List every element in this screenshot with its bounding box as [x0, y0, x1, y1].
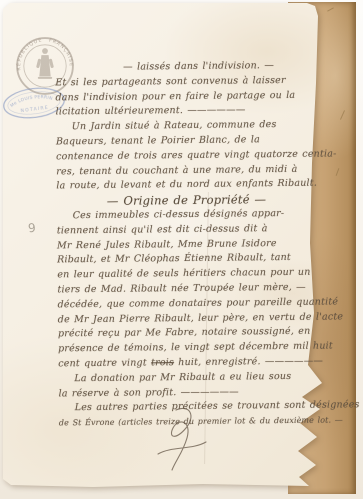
notary-stamp-title: NOTAIRE — [20, 105, 49, 114]
seal-figure-icon — [36, 48, 54, 79]
margin-pencil-mark: 9 — [27, 221, 36, 236]
handwritten-line: la route, du levant et du nord aux enfan… — [56, 177, 316, 195]
handwritten-line: Ces immeubles ci-dessus désignés appar- — [57, 207, 317, 225]
handwritten-line: La donation par Mr Ribault a eu lieu sou… — [58, 369, 318, 387]
page-content: RÉPUBLIQUE FRANÇAISE Me LOUIS PERRIN — [0, 0, 363, 499]
scanned-document: RÉPUBLIQUE FRANÇAISE Me LOUIS PERRIN — [0, 0, 363, 499]
handwritten-text: — laissés dans l'indivision. —Et si les … — [55, 59, 319, 432]
signature-paraph — [146, 404, 218, 476]
